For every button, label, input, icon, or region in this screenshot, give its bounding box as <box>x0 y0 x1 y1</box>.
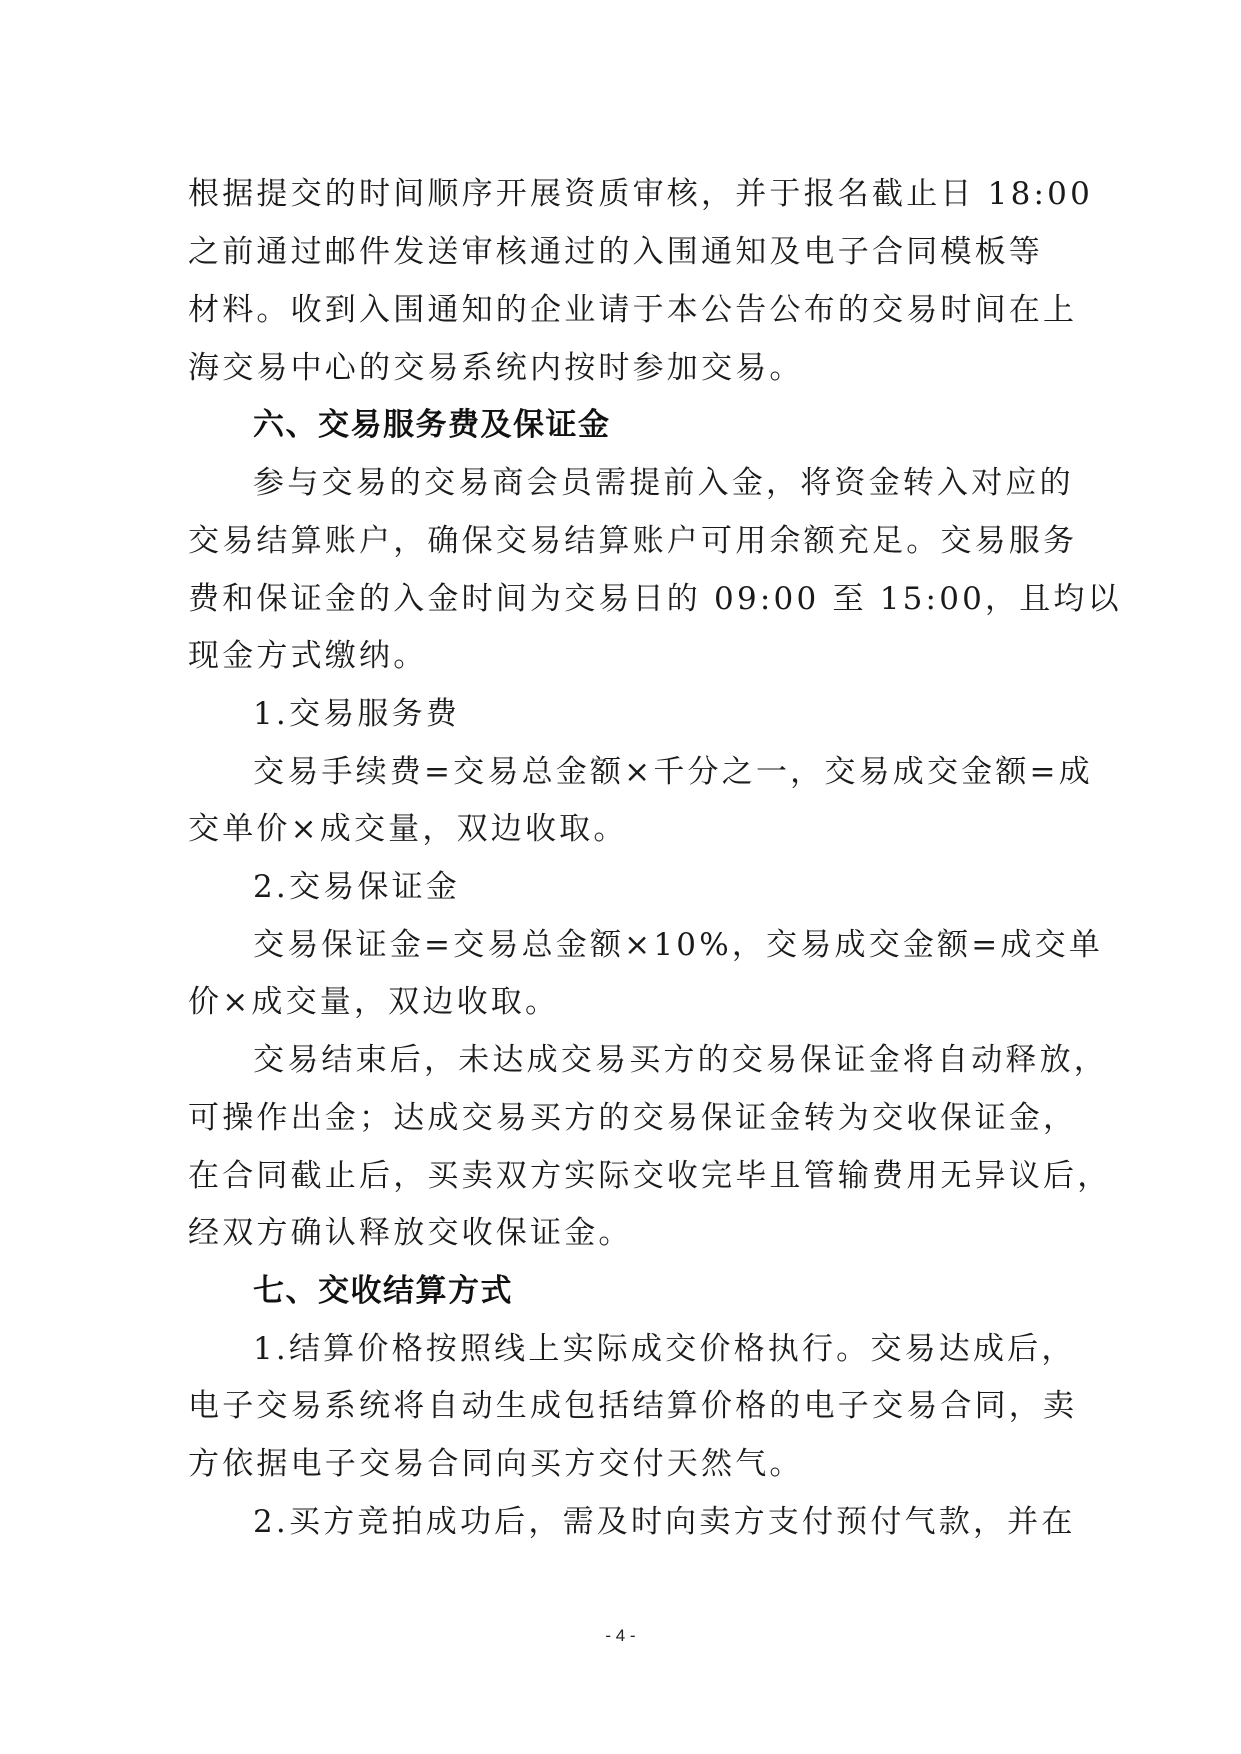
text-line: 交易结束后，未达成交易买方的交易保证金将自动释放， <box>253 1038 1123 1082</box>
text-line: 之前通过邮件发送审核通过的入围通知及电子合同模板等 <box>188 230 1058 274</box>
text-line: 2.买方竞拍成功后，需及时向卖方支付预付气款，并在 <box>253 1500 1123 1544</box>
text-line: 2.交易保证金 <box>253 865 1123 909</box>
text-line: 1.结算价格按照线上实际成交价格执行。交易达成后， <box>253 1327 1123 1371</box>
text-line: 方依据电子交易合同向买方交付天然气。 <box>188 1442 1058 1486</box>
text-line: 交单价×成交量，双边收取。 <box>188 807 1058 851</box>
text-line: 1.交易服务费 <box>253 692 1123 736</box>
section-heading: 六、交易服务费及保证金 <box>253 403 1123 447</box>
text-line: 参与交易的交易商会员需提前入金，将资金转入对应的 <box>253 461 1123 505</box>
text-line: 现金方式缴纳。 <box>188 634 1058 678</box>
text-line: 电子交易系统将自动生成包括结算价格的电子交易合同，卖 <box>188 1384 1058 1428</box>
page-number: - 4 - <box>0 1626 1241 1646</box>
text-line: 费和保证金的入金时间为交易日的 09:00 至 15:00，且均以 <box>188 577 1058 621</box>
text-line: 交易手续费=交易总金额×千分之一，交易成交金额=成 <box>253 750 1123 794</box>
text-line: 经双方确认释放交收保证金。 <box>188 1211 1058 1255</box>
text-line: 交易保证金=交易总金额×10%，交易成交金额=成交单 <box>253 923 1123 967</box>
text-line: 交易结算账户，确保交易结算账户可用余额充足。交易服务 <box>188 519 1058 563</box>
text-line: 材料。收到入围通知的企业请于本公告公布的交易时间在上 <box>188 288 1058 332</box>
document-page: 根据提交的时间顺序开展资质审核，并于报名截止日 18:00之前通过邮件发送审核通… <box>0 0 1241 1754</box>
text-line: 根据提交的时间顺序开展资质审核，并于报名截止日 18:00 <box>188 172 1058 216</box>
text-line: 在合同截止后，买卖双方实际交收完毕且管输费用无异议后， <box>188 1154 1058 1198</box>
section-heading: 七、交收结算方式 <box>253 1269 1123 1313</box>
text-line: 可操作出金；达成交易买方的交易保证金转为交收保证金， <box>188 1096 1058 1140</box>
text-line: 价×成交量，双边收取。 <box>188 980 1058 1024</box>
text-line: 海交易中心的交易系统内按时参加交易。 <box>188 346 1058 390</box>
